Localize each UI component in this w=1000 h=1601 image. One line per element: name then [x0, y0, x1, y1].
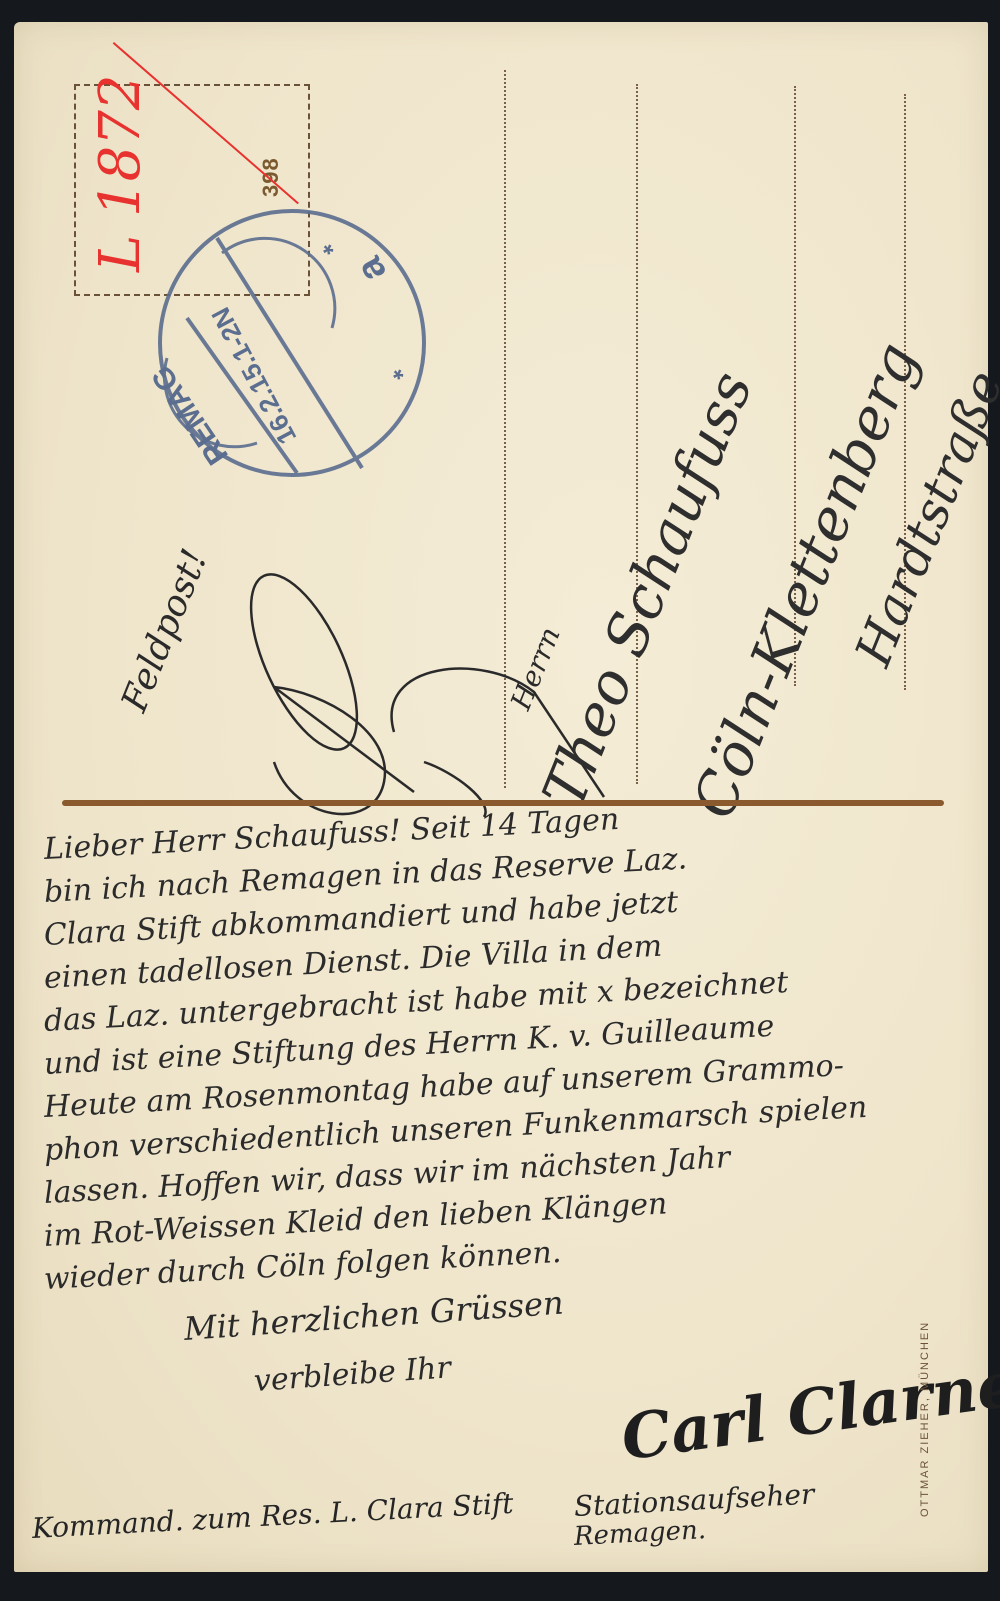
remagen-postmark: REMAG 16.2.15.1-2N a * * [147, 198, 437, 488]
postmark-date: 16.2.15.1-2N [205, 302, 302, 449]
feldpost-mark: Feldpost! [114, 543, 216, 717]
postmark-star: * [316, 235, 348, 259]
postmark-star: * [386, 360, 418, 384]
footer-note-right-line2: Remagen. [573, 1515, 707, 1552]
postmark-series-letter: a [348, 249, 395, 288]
message-divider [62, 800, 944, 806]
postmark-town: REMAG [147, 360, 235, 471]
footer-note-left: Kommand. zum Res. L. Clara Stift [31, 1487, 514, 1545]
message-closing-valediction: verbleibe Ihr [253, 1350, 452, 1399]
postcard: 398 L 1872 REMAG 16.2.15.1-2N a * * Feld… [14, 22, 988, 1572]
stamp-box-number: 398 [258, 157, 284, 197]
message-closing-greeting: Mit herzlichen Grüssen [183, 1284, 565, 1348]
red-pencil-annotation: L 1872 [88, 74, 153, 272]
signature: Carl Clarner [617, 1342, 1000, 1474]
publisher-imprint: OTTMAR ZIEHER, MÜNCHEN [919, 1321, 931, 1517]
